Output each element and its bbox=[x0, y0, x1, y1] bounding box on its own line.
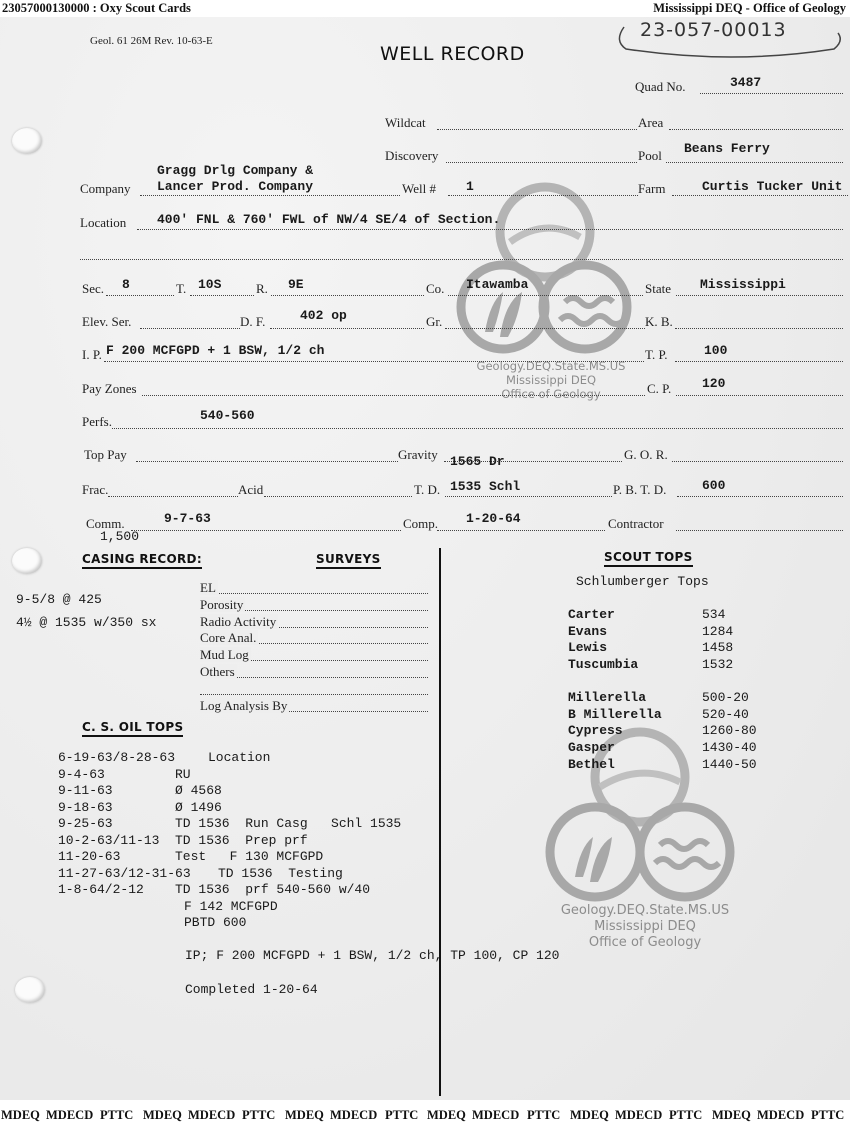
punch-hole bbox=[12, 128, 42, 154]
footer-item: MDEQ bbox=[712, 1108, 751, 1123]
punch-hole bbox=[12, 548, 42, 574]
state-value: Mississippi bbox=[700, 277, 786, 292]
handwritten-circle-icon bbox=[612, 19, 847, 61]
well-record-card: Geology.DEQ.State.MS.US Mississippi DEQ … bbox=[0, 17, 850, 1100]
company-value-line1: Gragg Drlg Company & bbox=[157, 163, 313, 178]
df-label: D. F. bbox=[240, 314, 265, 330]
gravity-label: Gravity bbox=[398, 447, 438, 463]
top-pay-label: Top Pay bbox=[84, 447, 127, 463]
footer-item: MDEQ bbox=[427, 1108, 466, 1123]
quad-no-value: 3487 bbox=[730, 75, 761, 90]
quad-no-label: Quad No. bbox=[635, 79, 686, 95]
survey-item-others: Others bbox=[200, 664, 428, 681]
scout-top-row: Gasper1430-40 bbox=[568, 740, 757, 757]
area-label: Area bbox=[638, 115, 663, 131]
township-label: T. bbox=[176, 281, 186, 297]
county-label: Co. bbox=[426, 281, 444, 297]
county-value: Itawamba bbox=[466, 277, 528, 292]
form-title: WELL RECORD bbox=[380, 43, 525, 65]
log-entry: F 142 MCFGPD bbox=[58, 899, 401, 916]
log-entry: 11-20-63Test F 130 MCFGPD bbox=[58, 849, 401, 866]
survey-item-blank bbox=[200, 681, 428, 698]
location-label: Location bbox=[80, 215, 126, 231]
watermark-office: Office of Geology bbox=[466, 387, 636, 401]
footer-item: MDEQ bbox=[1, 1108, 40, 1123]
discovery-label: Discovery bbox=[385, 148, 438, 164]
well-no-label: Well # bbox=[402, 181, 436, 197]
log-entry: 10-2-63/11-13TD 1536 Prep prf bbox=[58, 833, 401, 850]
acid-label: Acid bbox=[238, 482, 263, 498]
comm-value: 9-7-63 bbox=[164, 511, 211, 526]
surveys-list: EL Porosity Radio Activity Core Anal. Mu… bbox=[200, 580, 428, 714]
cs-oil-tops-log: 6-19-63/8-28-63Location 9-4-63RU 9-11-63… bbox=[58, 750, 401, 932]
survey-item-log-analysis-by: Log Analysis By bbox=[200, 698, 428, 715]
log-entry: 9-25-63TD 1536 Run Casg Schl 1535 bbox=[58, 816, 401, 833]
footer-item: MDECD bbox=[330, 1108, 377, 1123]
log-entry: 9-11-63Ø 4568 bbox=[58, 783, 401, 800]
watermark-agency: Mississippi DEQ bbox=[540, 919, 750, 934]
footer-item: MDEQ bbox=[285, 1108, 324, 1123]
td-value-drill: 1565 Dr bbox=[450, 454, 505, 469]
agency-title: Mississippi DEQ - Office of Geology bbox=[653, 1, 846, 16]
cp-label: C. P. bbox=[647, 381, 671, 397]
scout-top-row: Lewis1458 bbox=[568, 640, 733, 657]
farm-value: Curtis Tucker Unit bbox=[702, 179, 842, 194]
ip-value: F 200 MCFGPD + 1 BSW, 1/2 ch bbox=[106, 343, 324, 358]
footer-item: MDECD bbox=[757, 1108, 804, 1123]
footer-item: PTTC bbox=[385, 1108, 418, 1123]
footer-item: PTTC bbox=[669, 1108, 702, 1123]
scout-top-row: Millerella500-20 bbox=[568, 690, 757, 707]
frac-label: Frac. bbox=[82, 482, 108, 498]
document-id-title: 23057000130000 : Oxy Scout Cards bbox=[2, 1, 191, 16]
log-entry: 9-18-63Ø 1496 bbox=[58, 800, 401, 817]
scout-top-row: B Millerella520-40 bbox=[568, 707, 757, 724]
company-value-line2: Lancer Prod. Company bbox=[157, 179, 313, 194]
kb-label: K. B. bbox=[645, 314, 673, 330]
watermark-office: Office of Geology bbox=[540, 935, 750, 950]
footer-item: MDECD bbox=[615, 1108, 662, 1123]
casing-entry: 4½ @ 1535 w/350 sx bbox=[16, 615, 156, 630]
comp-label: Comp. bbox=[403, 516, 438, 532]
perfs-label: Perfs. bbox=[82, 414, 112, 430]
surveys-heading: SURVEYS bbox=[316, 552, 381, 569]
footer-item: PTTC bbox=[242, 1108, 275, 1123]
tp-label: T. P. bbox=[645, 347, 668, 363]
log-entry: 11-27-63/12-31-63TD 1536 Testing bbox=[58, 866, 401, 883]
footer-item: PTTC bbox=[527, 1108, 560, 1123]
top-header-bar: 23057000130000 : Oxy Scout Cards Mississ… bbox=[0, 0, 850, 17]
footer-item: PTTC bbox=[811, 1108, 844, 1123]
form-code: Geol. 61 26M Rev. 10-63-E bbox=[90, 35, 213, 47]
scout-tops-group-2: Millerella500-20 B Millerella520-40 Cypr… bbox=[568, 690, 757, 774]
footer-item: PTTC bbox=[100, 1108, 133, 1123]
survey-item-core-anal: Core Anal. bbox=[200, 630, 428, 647]
ip-summary: IP; F 200 MCFGPD + 1 BSW, 1/2 ch, TP 100… bbox=[185, 948, 559, 963]
sec-label: Sec. bbox=[82, 281, 104, 297]
location-value: 400' FNL & 760' FWL of NW/4 SE/4 of Sect… bbox=[157, 212, 500, 227]
pbtd-value: 600 bbox=[702, 478, 725, 493]
casing-record-heading: CASING RECORD: bbox=[82, 552, 202, 569]
sec-value: 8 bbox=[122, 277, 130, 292]
comp-value: 1-20-64 bbox=[466, 511, 521, 526]
watermark-url: Geology.DEQ.State.MS.US bbox=[540, 903, 750, 918]
scout-top-row: Cypress1260-80 bbox=[568, 723, 757, 740]
log-entry: 1-8-64/2-12TD 1536 prf 540-560 w/40 bbox=[58, 882, 401, 899]
pool-value: Beans Ferry bbox=[684, 141, 770, 156]
punch-hole bbox=[15, 977, 45, 1003]
td-label: T. D. bbox=[414, 482, 440, 498]
vertical-divider bbox=[439, 548, 441, 1096]
pbtd-label: P. B. T. D. bbox=[613, 482, 666, 498]
log-entry: PBTD 600 bbox=[58, 915, 401, 932]
survey-item-el: EL bbox=[200, 580, 428, 597]
footer-item: MDEQ bbox=[570, 1108, 609, 1123]
schlumberger-tops-subheading: Schlumberger Tops bbox=[576, 574, 709, 589]
footer-agency-strip: MDEQ MDECD PTTC MDEQ MDECD PTTC MDEQ MDE… bbox=[0, 1100, 850, 1125]
footer-item: MDEQ bbox=[143, 1108, 182, 1123]
pay-zones-label: Pay Zones bbox=[82, 381, 137, 397]
footer-item: MDECD bbox=[188, 1108, 235, 1123]
wildcat-label: Wildcat bbox=[385, 115, 426, 131]
survey-item-porosity: Porosity bbox=[200, 597, 428, 614]
survey-item-radio-activity: Radio Activity bbox=[200, 614, 428, 631]
farm-label: Farm bbox=[638, 181, 665, 197]
scout-top-row: Evans1284 bbox=[568, 624, 733, 641]
footer-item: MDECD bbox=[472, 1108, 519, 1123]
scout-tops-group-1: Carter534 Evans1284 Lewis1458 Tuscumbia1… bbox=[568, 607, 733, 674]
gr-label: Gr. bbox=[426, 314, 442, 330]
gor-label: G. O. R. bbox=[624, 447, 668, 463]
log-entry: 9-4-63RU bbox=[58, 767, 401, 784]
perfs-value: 540-560 bbox=[200, 408, 255, 423]
scout-tops-heading: SCOUT TOPS bbox=[604, 550, 693, 567]
company-label: Company bbox=[80, 181, 131, 197]
survey-item-mud-log: Mud Log bbox=[200, 647, 428, 664]
completed-date: Completed 1-20-64 bbox=[185, 982, 318, 997]
township-value: 10S bbox=[198, 277, 221, 292]
contractor-label: Contractor bbox=[608, 516, 664, 532]
tp-value: 100 bbox=[704, 343, 727, 358]
pool-label: Pool bbox=[638, 148, 662, 164]
cs-oil-tops-heading: C. S. OIL TOPS bbox=[82, 720, 183, 737]
comm-note: 1,500 bbox=[100, 529, 139, 544]
casing-entry: 9-5/8 @ 425 bbox=[16, 592, 102, 607]
log-entry: 6-19-63/8-28-63Location bbox=[58, 750, 401, 767]
scout-top-row: Bethel1440-50 bbox=[568, 757, 757, 774]
scout-top-row: Tuscumbia1532 bbox=[568, 657, 733, 674]
footer-item: MDECD bbox=[46, 1108, 93, 1123]
well-no-value: 1 bbox=[466, 179, 474, 194]
cp-value: 120 bbox=[702, 376, 725, 391]
state-label: State bbox=[645, 281, 671, 297]
td-value-schl: 1535 Schl bbox=[450, 479, 520, 494]
range-label: R. bbox=[256, 281, 268, 297]
ip-label: I. P. bbox=[82, 347, 102, 363]
watermark-agency: Mississippi DEQ bbox=[466, 373, 636, 387]
df-value: 402 op bbox=[300, 308, 347, 323]
range-value: 9E bbox=[288, 277, 304, 292]
elev-ser-label: Elev. Ser. bbox=[82, 314, 131, 330]
scout-top-row: Carter534 bbox=[568, 607, 733, 624]
